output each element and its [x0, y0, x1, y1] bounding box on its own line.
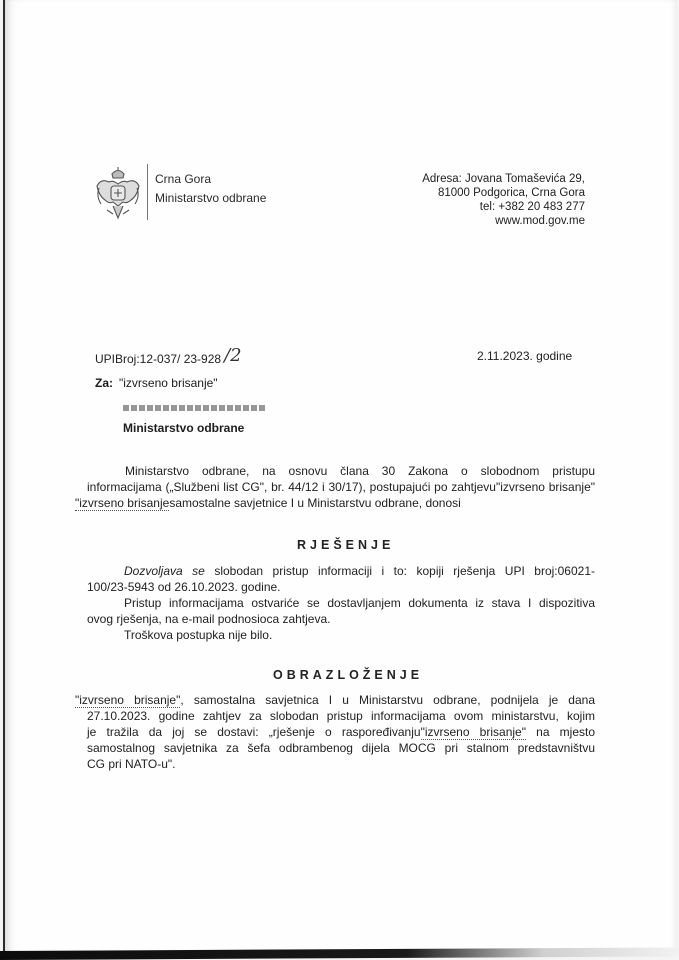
reasoning-line-1: "izvrseno brisanje", samostalna savjetni… [75, 692, 595, 708]
ministry-name: Ministarstvo odbrane [155, 189, 266, 208]
document-page: Crna Gora Ministarstvo odbrane Adresa: J… [3, 0, 677, 952]
reasoning-line-1-text: , samostalna savjetnica I u Ministarstvu… [180, 693, 595, 707]
reasoning-line-2: 27.10.2023. godine zahtjev za slobodan p… [87, 708, 595, 724]
handwritten-suffix: /2 [224, 345, 242, 366]
addressee-label: Za: [95, 376, 113, 390]
intro-line-2: informacijama („Službeni list CG", br. 4… [87, 479, 595, 495]
decision-line-5: Troškova postupka nije bilo. [87, 627, 595, 643]
intro-line-3-text: samostalne savjetnice I u Ministarstvu o… [169, 496, 461, 510]
decision-line-3: Pristup informacijama ostvariće se dosta… [87, 595, 595, 611]
address-street: Adresa: Jovana Tomaševića 29, [422, 172, 585, 186]
addressee-institution: Ministarstvo odbrane [123, 421, 244, 435]
document-date: 2.11.2023. godine [477, 349, 572, 363]
reasoning-heading: OBRAZLOŽENJE [273, 668, 423, 682]
addressee-name-redacted: "izvrseno brisanje" [119, 376, 218, 390]
reasoning-line-3-tail: na mjesto [526, 725, 595, 739]
address-phone: tel: +382 20 483 277 [422, 200, 585, 214]
addressee-line: Za:"izvrseno brisanje" [95, 376, 218, 390]
decision-line-1-text: slobodan pristup informaciji i to: kopij… [205, 564, 595, 578]
reasoning-line-5: CG pri NATO-u". [87, 756, 595, 772]
redacted-name: "izvrseno brisanje" [496, 480, 595, 494]
reasoning-line-3-text: je tražila da joj se dostavi: „rješenje … [87, 725, 421, 739]
reasoning-paragraph: "izvrseno brisanje", samostalna savjetni… [87, 692, 595, 772]
intro-line-2-text: informacijama („Službeni list CG", br. 4… [87, 480, 496, 494]
address-block: Adresa: Jovana Tomaševića 29, 81000 Podg… [422, 172, 585, 228]
decision-italic-lead: Dozvoljava se [124, 564, 205, 578]
reference-number-text: UPIBroj:12-037/ 23-928 [95, 352, 221, 366]
header-divider [147, 164, 148, 220]
decision-paragraph: Dozvoljava se slobodan pristup informaci… [87, 563, 595, 643]
decision-line-4: ovog rješenja, na e-mail podnosioca zaht… [87, 611, 595, 627]
reference-number: UPIBroj:12-037/ 23-928/2 [95, 347, 242, 368]
decision-heading: RJEŠENJE [297, 538, 394, 552]
issuer-block: Crna Gora Ministarstvo odbrane [155, 170, 266, 208]
redacted-name: "izvrseno brisanje [75, 496, 169, 511]
decision-line-2: 100/23-5943 od 26.10.2023. godine. [87, 579, 595, 595]
intro-line-3: "izvrseno brisanjesamostalne savjetnice … [75, 495, 595, 511]
intro-line-1: Ministarstvo odbrane, na osnovu člana 30… [87, 463, 595, 479]
redacted-strikeout [123, 405, 265, 411]
redacted-name: "izvrseno brisanje" [421, 725, 526, 740]
reasoning-line-3: je tražila da joj se dostavi: „rješenje … [87, 724, 595, 740]
reasoning-line-4: samostalnog savjetnika za šefa odbramben… [87, 740, 595, 756]
redacted-name: "izvrseno brisanje" [75, 693, 180, 708]
intro-paragraph: Ministarstvo odbrane, na osnovu člana 30… [87, 463, 595, 511]
coat-of-arms-icon [93, 166, 143, 222]
country-name: Crna Gora [155, 170, 266, 189]
decision-line-1: Dozvoljava se slobodan pristup informaci… [87, 563, 595, 579]
address-website: www.mod.gov.me [422, 214, 585, 228]
address-city: 81000 Podgorica, Crna Gora [422, 186, 585, 200]
